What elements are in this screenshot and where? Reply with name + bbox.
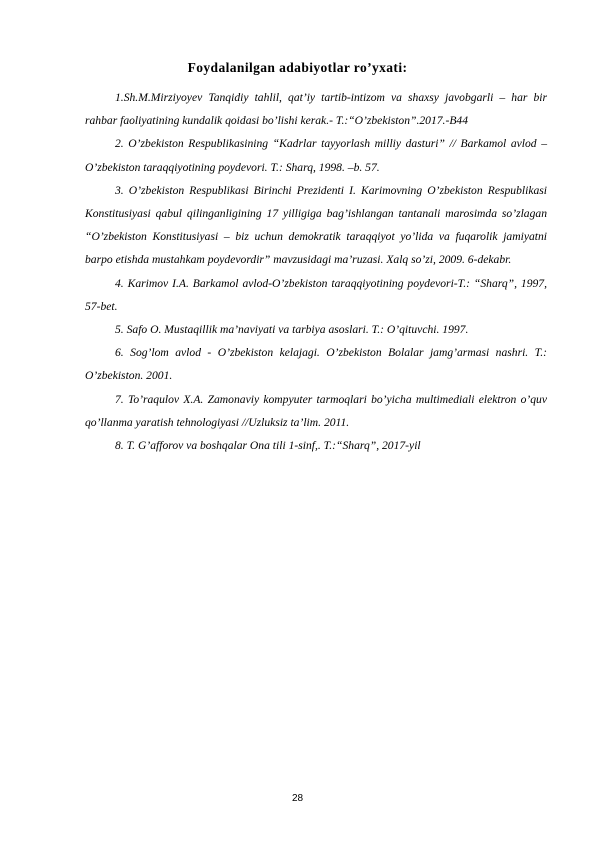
reference-text: 8. T. G’afforov va boshqalar Ona tili 1-…: [115, 439, 421, 452]
reference-item: 5. Safo O. Mustaqillik ma’naviyati va ta…: [85, 318, 547, 341]
reference-item: 2. O’zbekiston Respublikasining “Kadrlar…: [85, 132, 547, 178]
reference-item: 1.Sh.M.Mirziyoyev Tanqidiy tahlil, qat’i…: [85, 86, 547, 132]
reference-text: 7. To’raqulov X.A. Zamonaviy kompyuter t…: [85, 393, 547, 429]
reference-item: 7. To’raqulov X.A. Zamonaviy kompyuter t…: [85, 388, 547, 434]
page-number: 28: [0, 793, 595, 804]
reference-text: 2. O’zbekiston Respublikasining “Kadrlar…: [85, 137, 547, 173]
reference-item: 3. O’zbekiston Respublikasi Birinchi Pre…: [85, 179, 547, 272]
document-page: Foydalanilgan adabiyotlar ro’yxati: 1.Sh…: [0, 0, 595, 843]
reference-text: 6. Sog’lom avlod - O’zbekiston kelajagi.…: [85, 346, 547, 382]
reference-text: 5. Safo O. Mustaqillik ma’naviyati va ta…: [115, 323, 468, 336]
reference-item: 4. Karimov I.A. Barkamol avlod-O’zbekist…: [85, 272, 547, 318]
reference-text: 4. Karimov I.A. Barkamol avlod-O’zbekist…: [85, 277, 547, 313]
reference-item: 8. T. G’afforov va boshqalar Ona tili 1-…: [85, 434, 547, 457]
reference-list: 1.Sh.M.Mirziyoyev Tanqidiy tahlil, qat’i…: [85, 86, 547, 457]
reference-text: 3. O’zbekiston Respublikasi Birinchi Pre…: [85, 184, 547, 267]
reference-item: 6. Sog’lom avlod - O’zbekiston kelajagi.…: [85, 341, 547, 387]
reference-text: 1.Sh.M.Mirziyoyev Tanqidiy tahlil, qat’i…: [85, 91, 547, 127]
page-title: Foydalanilgan adabiyotlar ro’yxati:: [0, 60, 595, 76]
